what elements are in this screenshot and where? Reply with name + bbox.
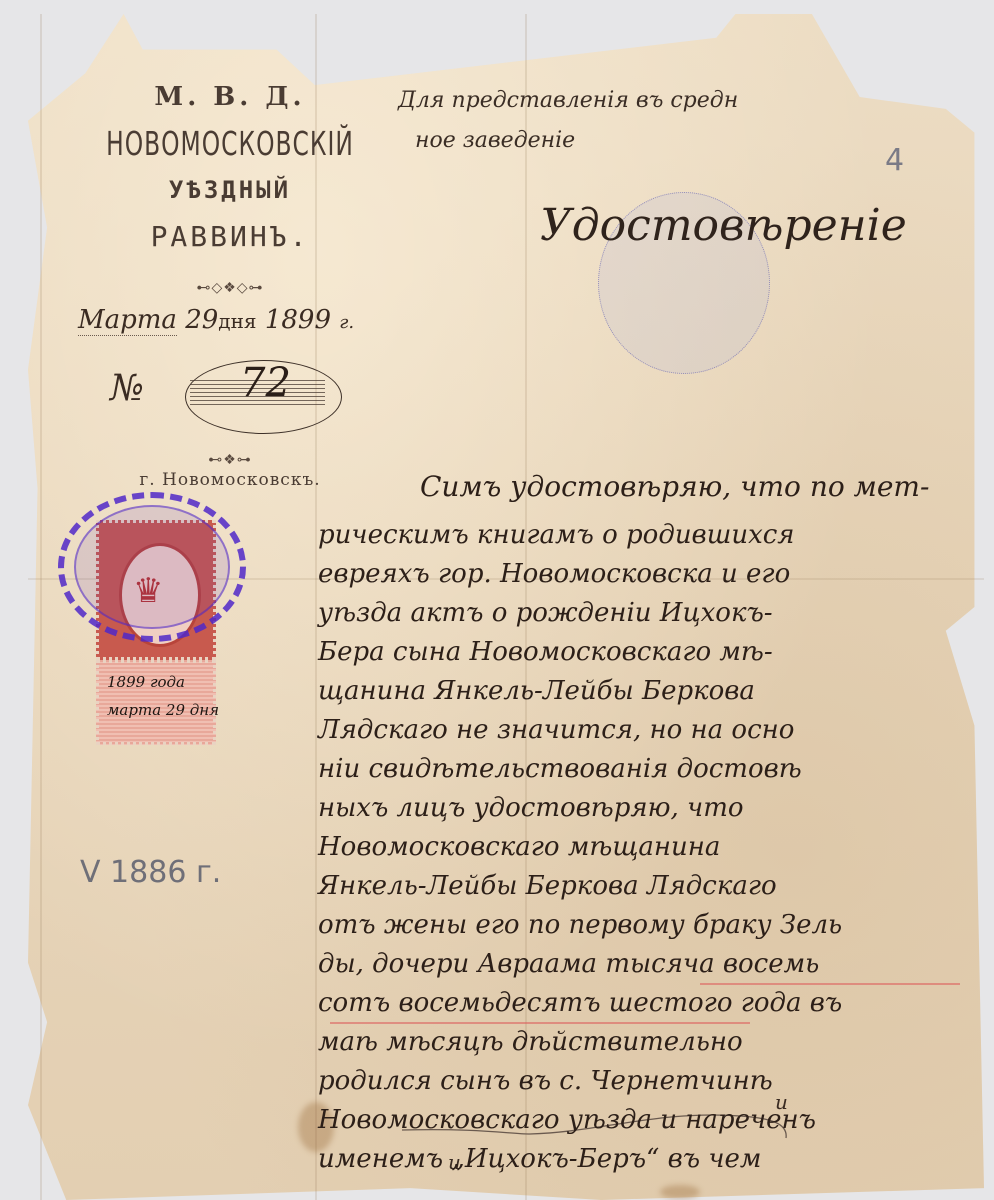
pencil-year-note: Ⅴ 1886 г. (80, 855, 221, 890)
rabbi-heading: РАВВИНЪ. (80, 220, 380, 253)
body-line: ды, дочери Авраама тысяча восемь (318, 949, 819, 979)
purpose-note-line1: Для представленія въ средн (398, 88, 738, 113)
stain (660, 1185, 700, 1199)
purple-seal-inner (74, 505, 230, 629)
body-line: щанина Янкель-Лейбы Беркова (318, 676, 755, 706)
document-title: Удостовѣреніе (540, 200, 907, 251)
body-line: родился сынъ въ с. Чернетчинѣ (318, 1066, 773, 1096)
date-day: 29 (185, 305, 218, 335)
issue-date: Марта 29дня 1899 г. (78, 305, 354, 336)
body-line: Янкель-Лейбы Беркова Лядскаго (318, 871, 777, 901)
body-line: Лядскаго не значится, но на осно (318, 715, 794, 745)
purpose-note-line2: ное заведеніе (415, 128, 575, 153)
date-year-suffix: г. (339, 312, 354, 333)
body-line: евреяхъ гор. Новомосковска и его (318, 559, 790, 589)
date-year: 1899 (265, 305, 331, 335)
number-value: 72 (240, 360, 291, 406)
ornament-divider: ⊷◇❖◇⊶ (150, 280, 310, 296)
district-heading: НОВОМОСКОВСКІЙ (80, 126, 380, 164)
body-line: Новомосковскаго мѣщанина (318, 832, 720, 862)
body-line: маѣ мѣсяцѣ дѣйствительно (318, 1027, 743, 1057)
body-line: отъ жены его по первому браку Зель (318, 910, 842, 940)
body-line: ніи свидѣтельствованія достовѣ (318, 754, 802, 784)
ornament-divider: ⊷❖⊶ (150, 452, 310, 468)
body-line: именемъ „Ицхокъ-Беръ“ въ чем (318, 1144, 761, 1174)
red-underline (330, 1022, 750, 1024)
fold-line (40, 14, 42, 1200)
pencil-page-number: 4 (885, 143, 904, 178)
city-name: г. Новомосковскъ. (120, 470, 340, 490)
date-day-suffix: дня (218, 309, 256, 333)
document-number: № 72 (110, 352, 350, 436)
body-line: уѣзда актъ о рожденіи Ицхокъ- (318, 598, 773, 628)
uezdny-heading: УѢЗДНЫЙ (80, 176, 380, 204)
stamp-cancel-line2: марта 29 дня (107, 701, 219, 719)
ministry-heading: М. В. Д. (90, 82, 370, 112)
stamp-cancel-line1: 1899 года (107, 673, 185, 691)
body-line: рическимъ книгамъ о родившихся (318, 520, 795, 550)
body-line: Симъ удостовѣряю, что по мет- (420, 470, 929, 503)
body-line: сотъ восемьдесятъ шестого года въ (318, 988, 842, 1018)
body-line: Новомосковскаго уѣзда и нареченъ (318, 1105, 816, 1135)
stamp-cancel-area: 1899 года марта 29 дня (96, 660, 216, 745)
body-line: ныхъ лицъ удостовѣряю, что (318, 793, 744, 823)
number-label: № (110, 368, 144, 409)
date-month: Марта (78, 305, 177, 336)
body-line: Бера сына Новомосковскаго мѣ- (318, 637, 773, 667)
red-underline (700, 983, 960, 985)
